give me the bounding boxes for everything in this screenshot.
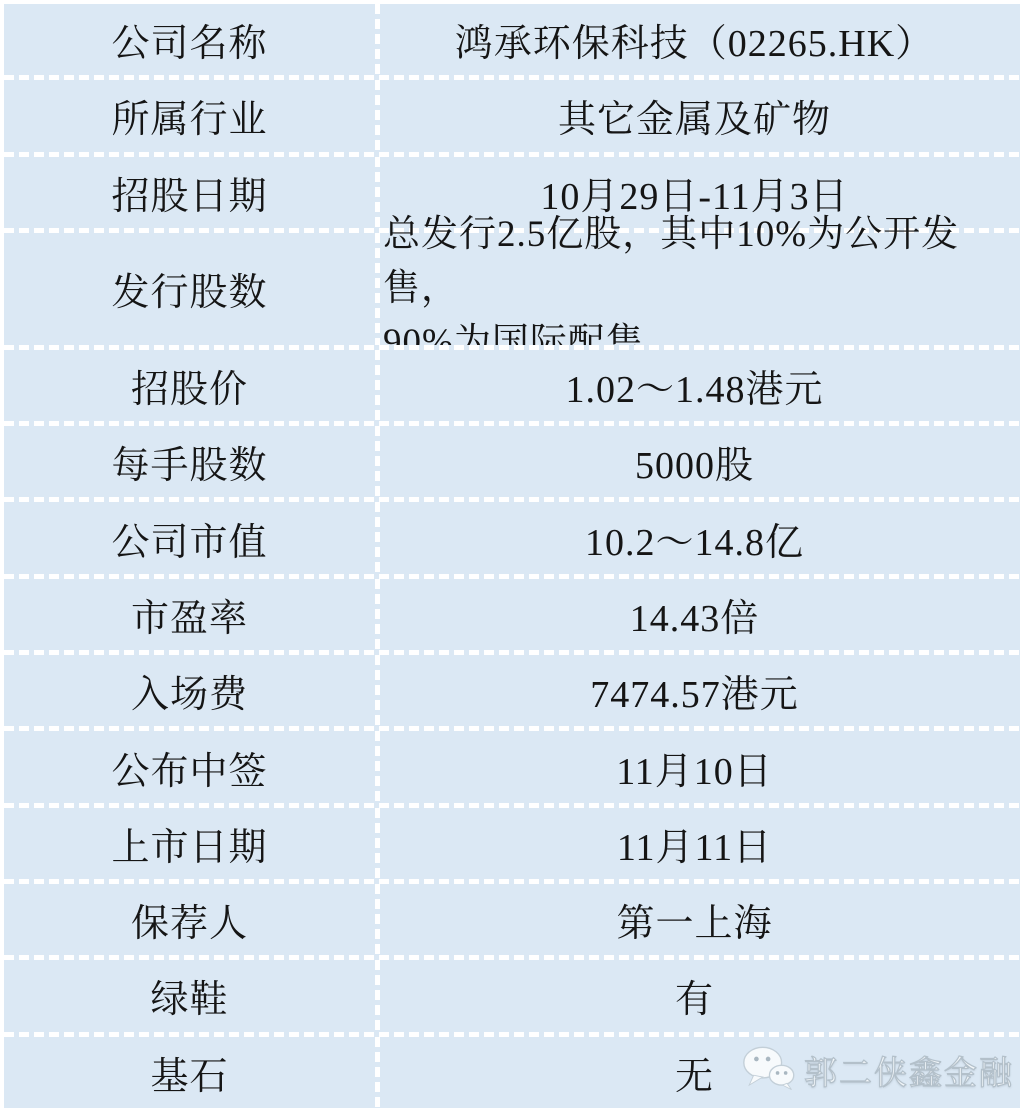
table-row: 招股价 1.02～1.48港元	[4, 350, 1020, 421]
ipo-info-table: 公司名称 鸿承环保科技（02265.HK） 所属行业 其它金属及矿物 招股日期 …	[4, 4, 1020, 1108]
wechat-icon	[742, 1045, 796, 1096]
row-value: 第一上海	[375, 884, 1020, 955]
watermark: 郭二侠鑫金融	[742, 1045, 1014, 1096]
row-label: 每手股数	[4, 426, 375, 497]
row-label: 公司市值	[4, 502, 375, 573]
row-label: 入场费	[4, 655, 375, 726]
row-value: 鸿承环保科技（02265.HK）	[375, 4, 1020, 75]
table-row: 公司名称 鸿承环保科技（02265.HK）	[4, 4, 1020, 75]
row-label: 市盈率	[4, 579, 375, 650]
watermark-text: 郭二侠鑫金融	[804, 1047, 1014, 1094]
table-row: 绿鞋 有	[4, 960, 1020, 1031]
row-label: 基石	[4, 1037, 375, 1108]
table-row: 保荐人 第一上海	[4, 884, 1020, 955]
row-label: 上市日期	[4, 808, 375, 879]
row-value: 10.2～14.8亿	[375, 502, 1020, 573]
row-value: 5000股	[375, 426, 1020, 497]
row-value: 7474.57港元	[375, 655, 1020, 726]
row-label: 所属行业	[4, 80, 375, 151]
table-row: 发行股数 总发行2.5亿股，其中10%为公开发售， 90%为国际配售	[4, 233, 1020, 345]
row-label: 公司名称	[4, 4, 375, 75]
row-label: 保荐人	[4, 884, 375, 955]
row-value: 11月10日	[375, 731, 1020, 802]
row-value: 其它金属及矿物	[375, 80, 1020, 151]
row-value: 11月11日	[375, 808, 1020, 879]
table-row: 入场费 7474.57港元	[4, 655, 1020, 726]
table-row: 所属行业 其它金属及矿物	[4, 80, 1020, 151]
row-label: 绿鞋	[4, 960, 375, 1031]
table-row: 公司市值 10.2～14.8亿	[4, 502, 1020, 573]
row-value: 1.02～1.48港元	[375, 350, 1020, 421]
row-label: 招股日期	[4, 157, 375, 228]
row-value: 14.43倍	[375, 579, 1020, 650]
row-label: 招股价	[4, 350, 375, 421]
table-row: 公布中签 11月10日	[4, 731, 1020, 802]
row-label: 发行股数	[4, 233, 375, 345]
table-row: 每手股数 5000股	[4, 426, 1020, 497]
row-value: 有	[375, 960, 1020, 1031]
row-value: 总发行2.5亿股，其中10%为公开发售， 90%为国际配售	[375, 233, 1020, 345]
table-row: 市盈率 14.43倍	[4, 579, 1020, 650]
row-label: 公布中签	[4, 731, 375, 802]
table-row: 上市日期 11月11日	[4, 808, 1020, 879]
